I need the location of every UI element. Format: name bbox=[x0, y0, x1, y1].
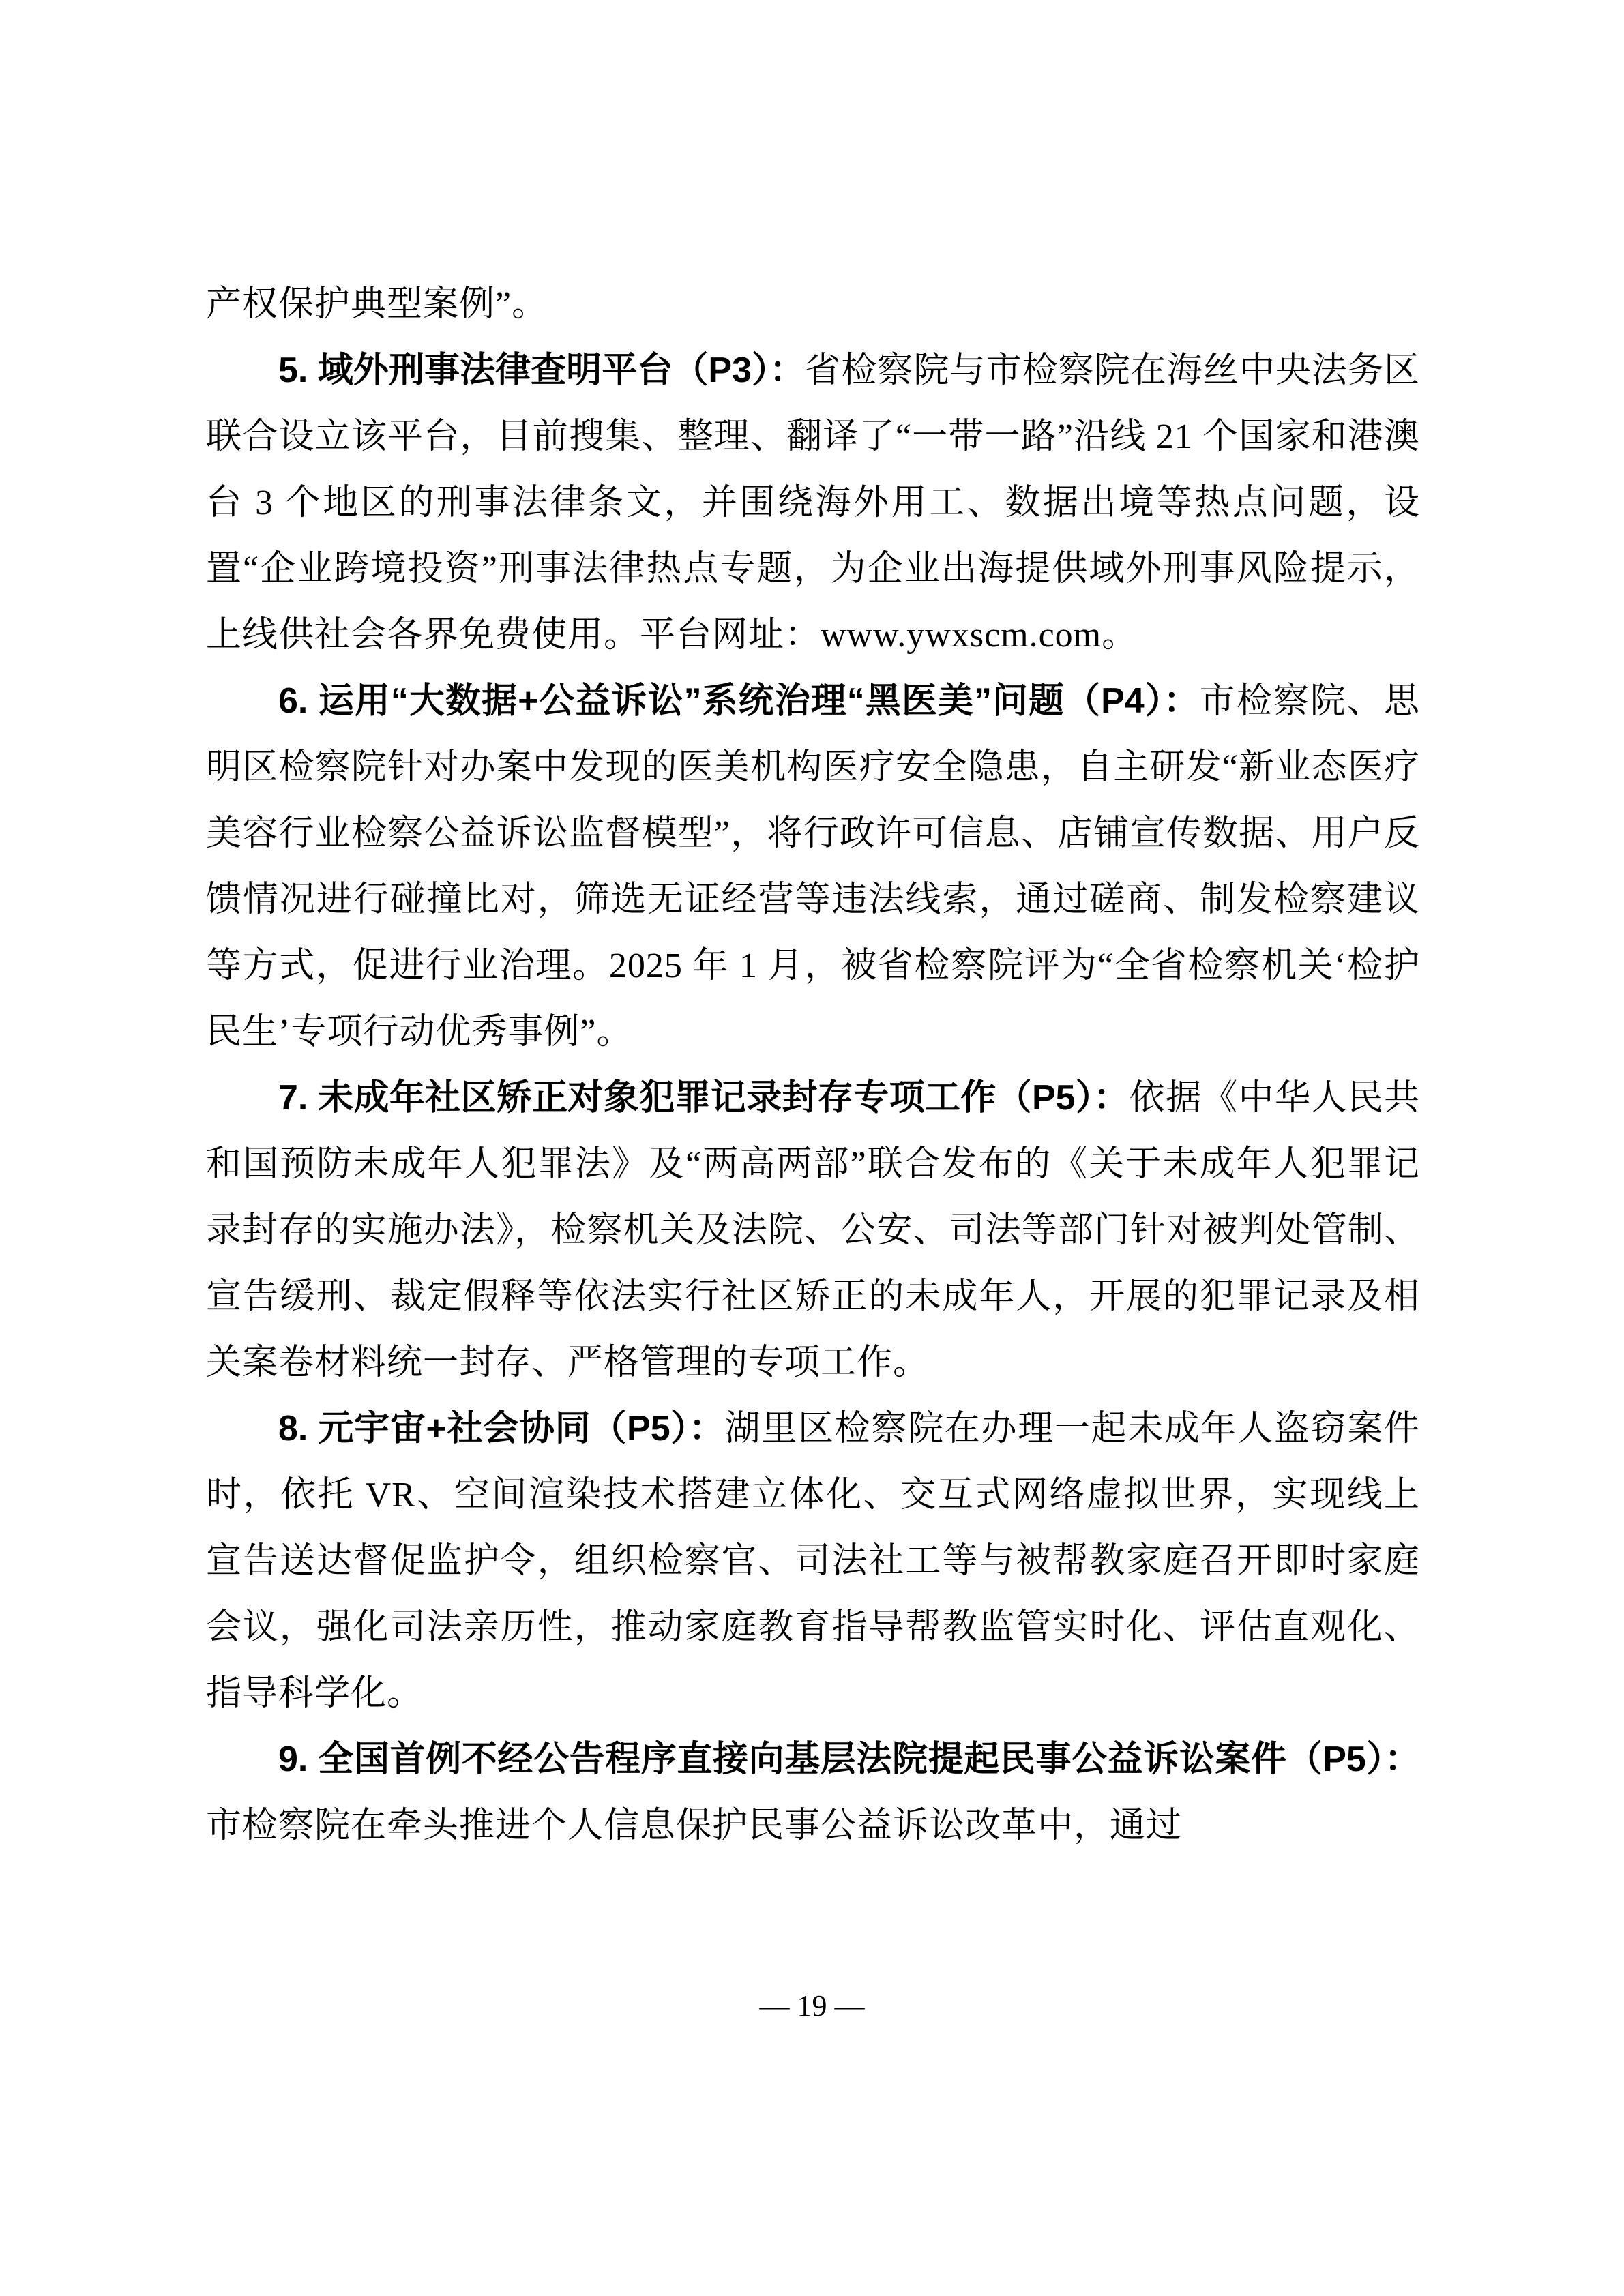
heading-run: 5. 域外刑事法律查明平台（P3）： bbox=[278, 351, 805, 390]
paragraph-item-6: 6. 运用“大数据+公益诉讼”系统治理“黑医美”问题（P4）：市检察院、思明区检… bbox=[206, 668, 1420, 1065]
heading-run: 9. 全国首例不经公告程序直接向基层法院提起民事公益诉讼案件（P5）： bbox=[278, 1740, 1420, 1779]
body-run: 依据《中华人民共和国预防未成年人犯罪法》及“两高两部”联合发布的《关于未成年人犯… bbox=[206, 1079, 1420, 1382]
body-run: 市检察院、思明区检察院针对办案中发现的医美机构医疗安全隐患，自主研发“新业态医疗… bbox=[206, 682, 1420, 1052]
heading-run: 7. 未成年社区矫正对象犯罪记录封存专项工作（P5）： bbox=[278, 1078, 1130, 1118]
body-run: 产权保护典型案例”。 bbox=[206, 285, 548, 324]
body-run: 省检察院与市检察院在海丝中央法务区联合设立该平台，目前搜集、整理、翻译了“一带一… bbox=[206, 351, 1420, 655]
heading-run: 8. 元宇宙+社会协同（P5）： bbox=[278, 1409, 725, 1448]
paragraph-continuation: 产权保护典型案例”。 bbox=[206, 271, 1420, 338]
body-run: 湖里区检察院在办理一起未成年人盗窃案件时，依托 VR、空间渲染技术搭建立体化、交… bbox=[206, 1410, 1420, 1713]
paragraph-item-7: 7. 未成年社区矫正对象犯罪记录封存专项工作（P5）：依据《中华人民共和国预防未… bbox=[206, 1065, 1420, 1396]
paragraph-item-9: 9. 全国首例不经公告程序直接向基层法院提起民事公益诉讼案件（P5）：市检察院在… bbox=[206, 1727, 1420, 1859]
body-run: 市检察院在牵头推进个人信息保护民事公益诉讼改革中，通过 bbox=[206, 1806, 1182, 1845]
paragraph-item-5: 5. 域外刑事法律查明平台（P3）：省检察院与市检察院在海丝中央法务区联合设立该… bbox=[206, 338, 1420, 668]
document-page: 产权保护典型案例”。5. 域外刑事法律查明平台（P3）：省检察院与市检察院在海丝… bbox=[0, 0, 1624, 2296]
paragraph-item-8: 8. 元宇宙+社会协同（P5）：湖里区检察院在办理一起未成年人盗窃案件时，依托 … bbox=[206, 1396, 1420, 1727]
document-body: 产权保护典型案例”。5. 域外刑事法律查明平台（P3）：省检察院与市检察院在海丝… bbox=[206, 271, 1420, 1859]
heading-run: 6. 运用“大数据+公益诉讼”系统治理“黑医美”问题（P4）： bbox=[278, 681, 1200, 721]
page-number: — 19 — bbox=[760, 1989, 865, 2023]
page-footer: — 19 — bbox=[0, 1986, 1624, 2027]
